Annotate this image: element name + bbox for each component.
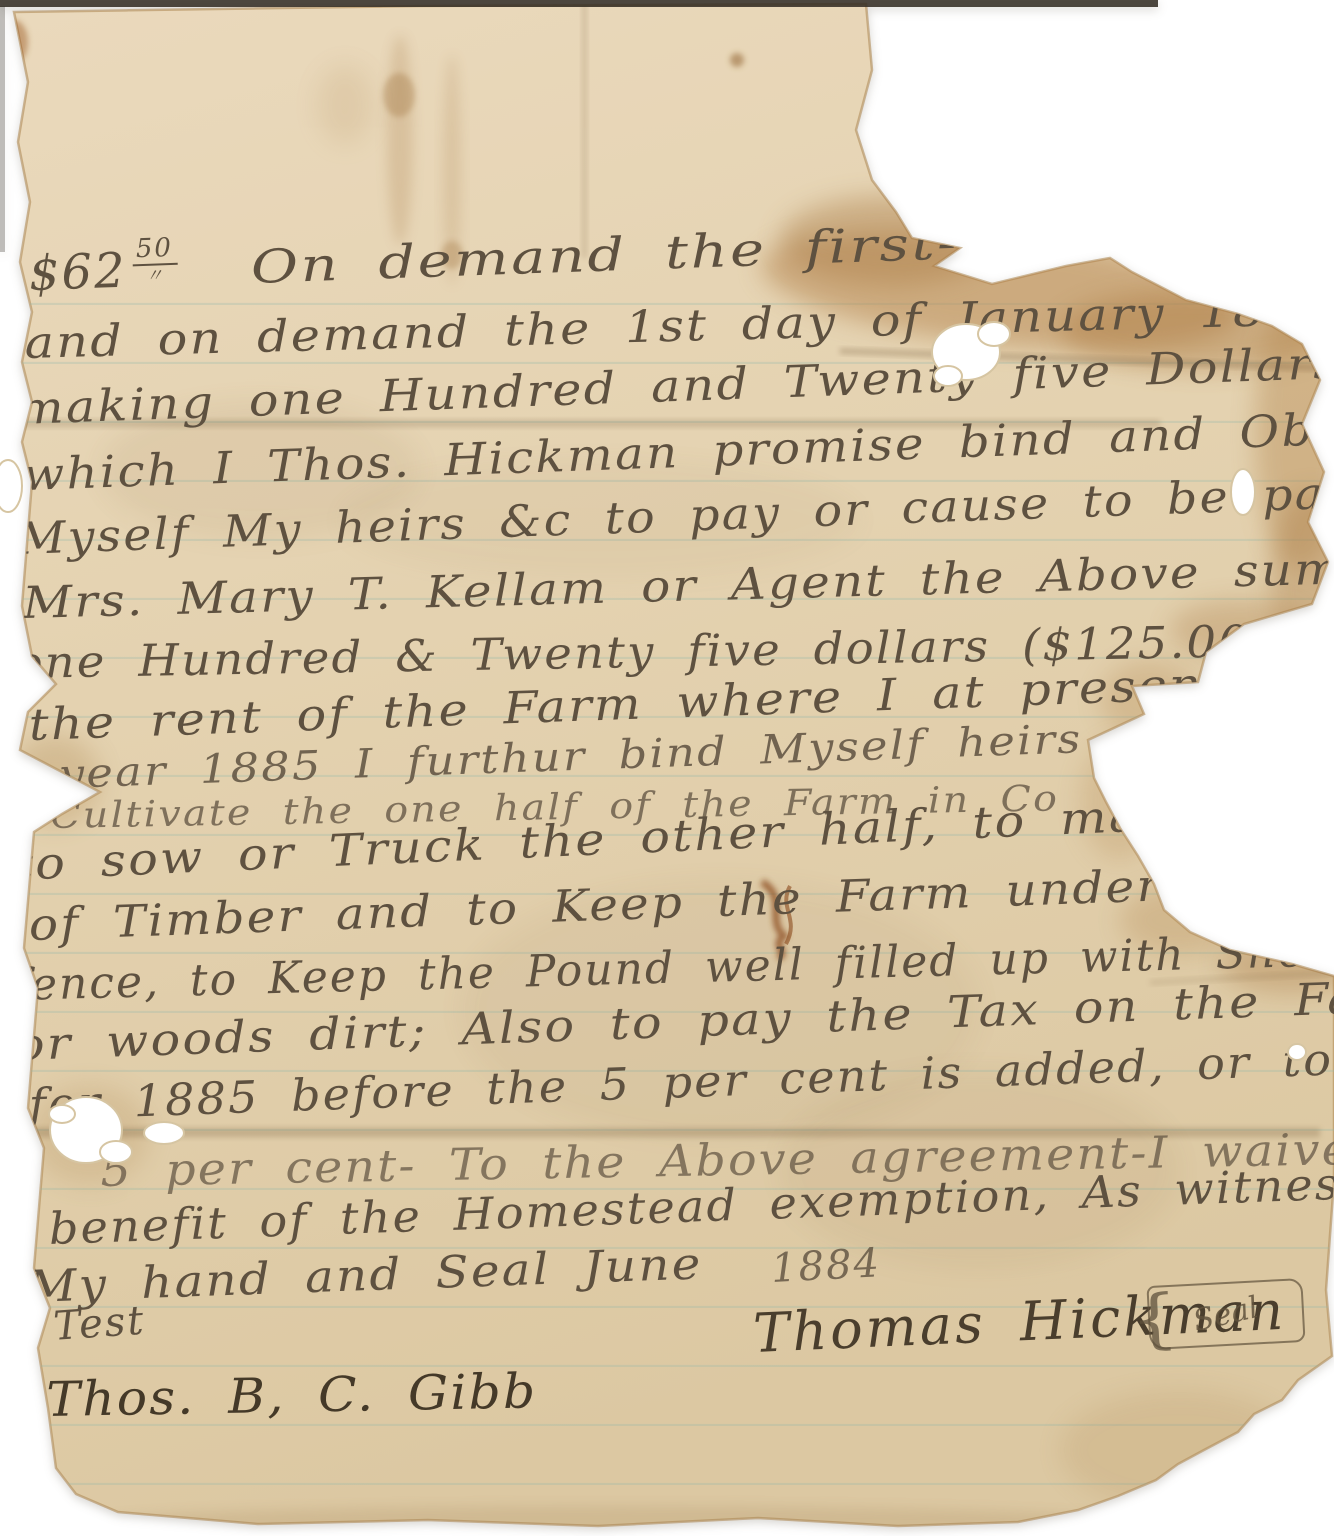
- seal-mark: { Seal: [1146, 1278, 1305, 1350]
- test-label: Test: [52, 1298, 147, 1350]
- witness-signature: Thos. B, C. Gibb: [46, 1363, 538, 1428]
- seal-brace: {: [1128, 1279, 1180, 1357]
- closing-year: 1884: [770, 1240, 882, 1292]
- seal-label: Seal: [1190, 1290, 1262, 1339]
- amount-fraction: 50〃: [131, 235, 178, 287]
- document-scan: $6250〃 On demand the first-day of July a…: [0, 0, 1334, 1536]
- amount-figure: $6250〃: [28, 241, 179, 302]
- amount-dollars: $62: [28, 243, 128, 302]
